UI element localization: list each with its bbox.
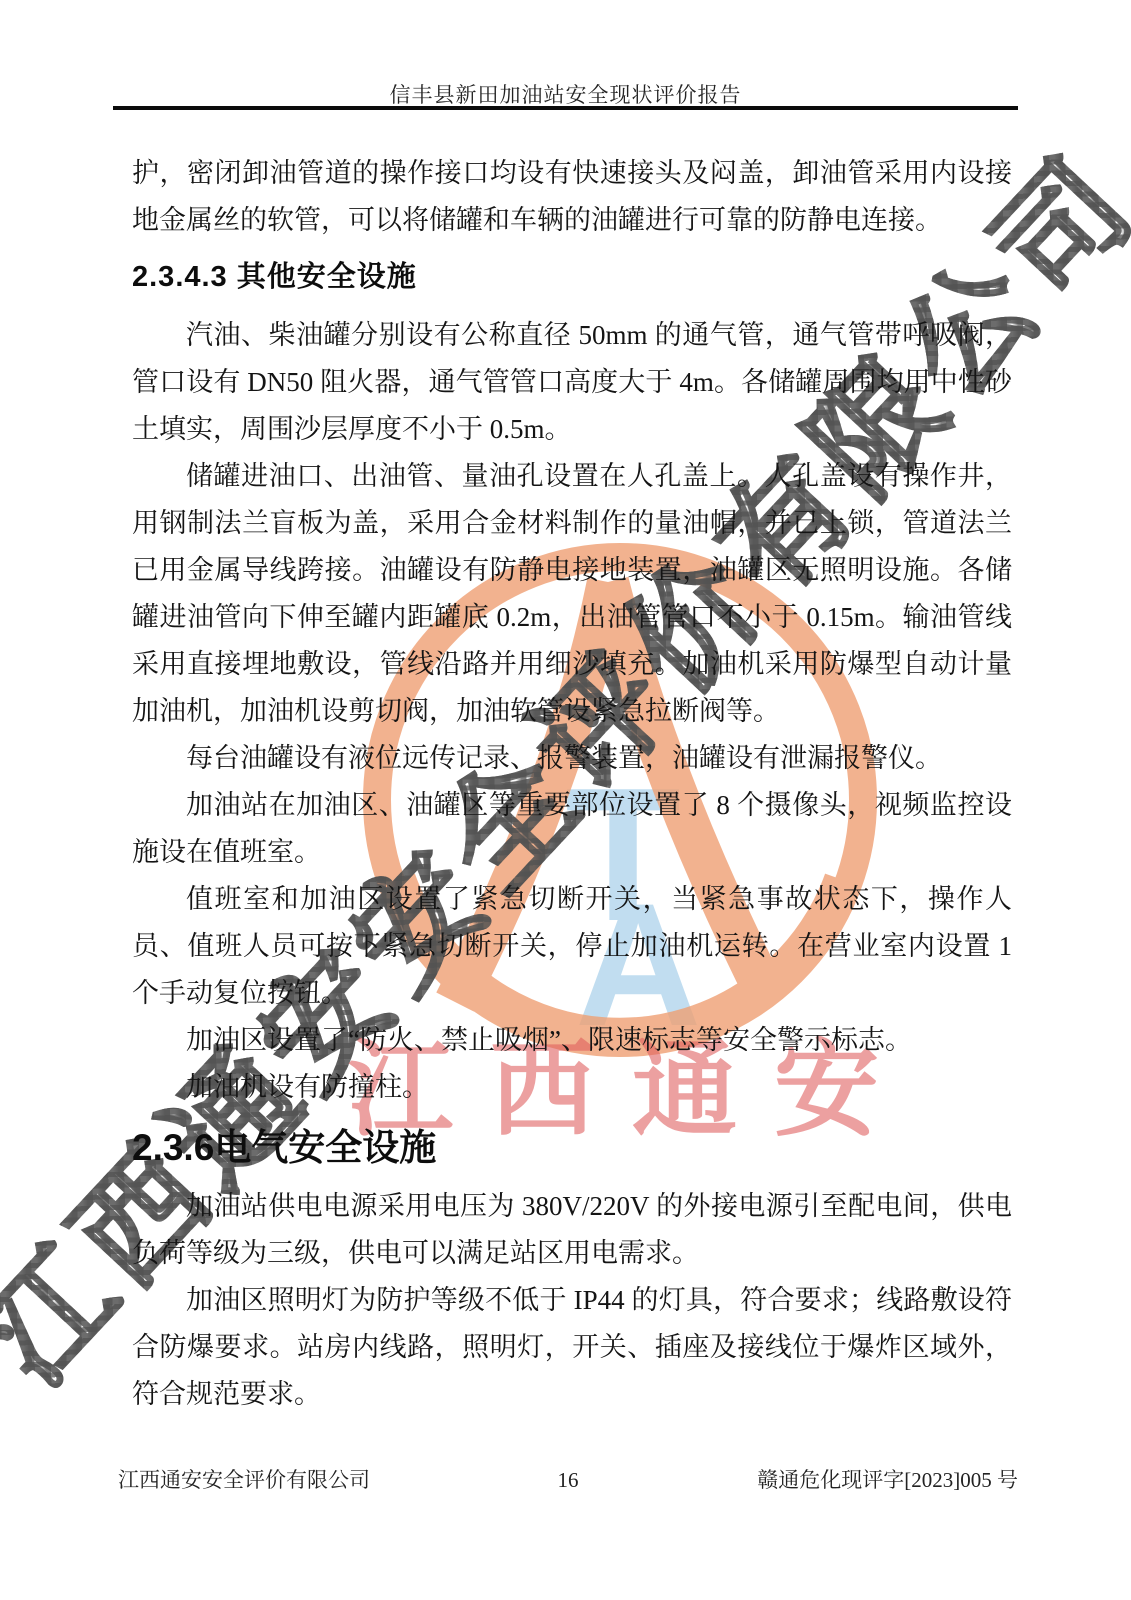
document-page: T A 江西通安安全评价有限公司 江西通安 信丰县新田加油站安全现状评价报告 护…: [0, 0, 1131, 1600]
section-heading-2-3-6: 2.3.6电气安全设施: [132, 1119, 1012, 1177]
paragraph: 加油站在加油区、油罐区等重要部位设置了 8 个摄像头，视频监控设施设在值班室。: [132, 782, 1012, 876]
section-heading-2-3-4-3: 2.3.4.3 其他安全设施: [132, 250, 1012, 304]
page-footer: 江西通安安全评价有限公司 16 赣通危化现评字[2023]005 号: [118, 1464, 1018, 1494]
paragraph: 加油区设置了“防火、禁止吸烟”、限速标志等安全警示标志。: [132, 1017, 1012, 1064]
footer-doc-number: 赣通危化现评字[2023]005 号: [757, 1464, 1018, 1494]
paragraph: 值班室和加油区设置了紧急切断开关，当紧急事故状态下，操作人员、值班人员可按下紧急…: [132, 876, 1012, 1017]
footer-company: 江西通安安全评价有限公司: [118, 1464, 370, 1494]
paragraph: 加油站供电电源采用电压为 380V/220V 的外接电源引至配电间，供电负荷等级…: [132, 1183, 1012, 1277]
paragraph: 加油机设有防撞柱。: [132, 1064, 1012, 1111]
document-body: 护，密闭卸油管道的操作接口均设有快速接头及闷盖，卸油管采用内设接地金属丝的软管，…: [132, 150, 1012, 1418]
paragraph: 护，密闭卸油管道的操作接口均设有快速接头及闷盖，卸油管采用内设接地金属丝的软管，…: [132, 150, 1012, 244]
paragraph: 每台油罐设有液位远传记录、报警装置，油罐设有泄漏报警仪。: [132, 735, 1012, 782]
page-content: 信丰县新田加油站安全现状评价报告 护，密闭卸油管道的操作接口均设有快速接头及闷盖…: [0, 0, 1131, 1600]
paragraph: 加油区照明灯为防护等级不低于 IP44 的灯具，符合要求；线路敷设符合防爆要求。…: [132, 1277, 1012, 1418]
paragraph: 储罐进油口、出油管、量油孔设置在人孔盖上。人孔盖设有操作井，用钢制法兰盲板为盖，…: [132, 453, 1012, 735]
header-rule: [113, 106, 1018, 110]
footer-page-number: 16: [558, 1468, 579, 1493]
paragraph: 汽油、柴油罐分别设有公称直径 50mm 的通气管，通气管带呼吸阀，管口设有 DN…: [132, 312, 1012, 453]
page-header-title: 信丰县新田加油站安全现状评价报告: [0, 79, 1131, 109]
